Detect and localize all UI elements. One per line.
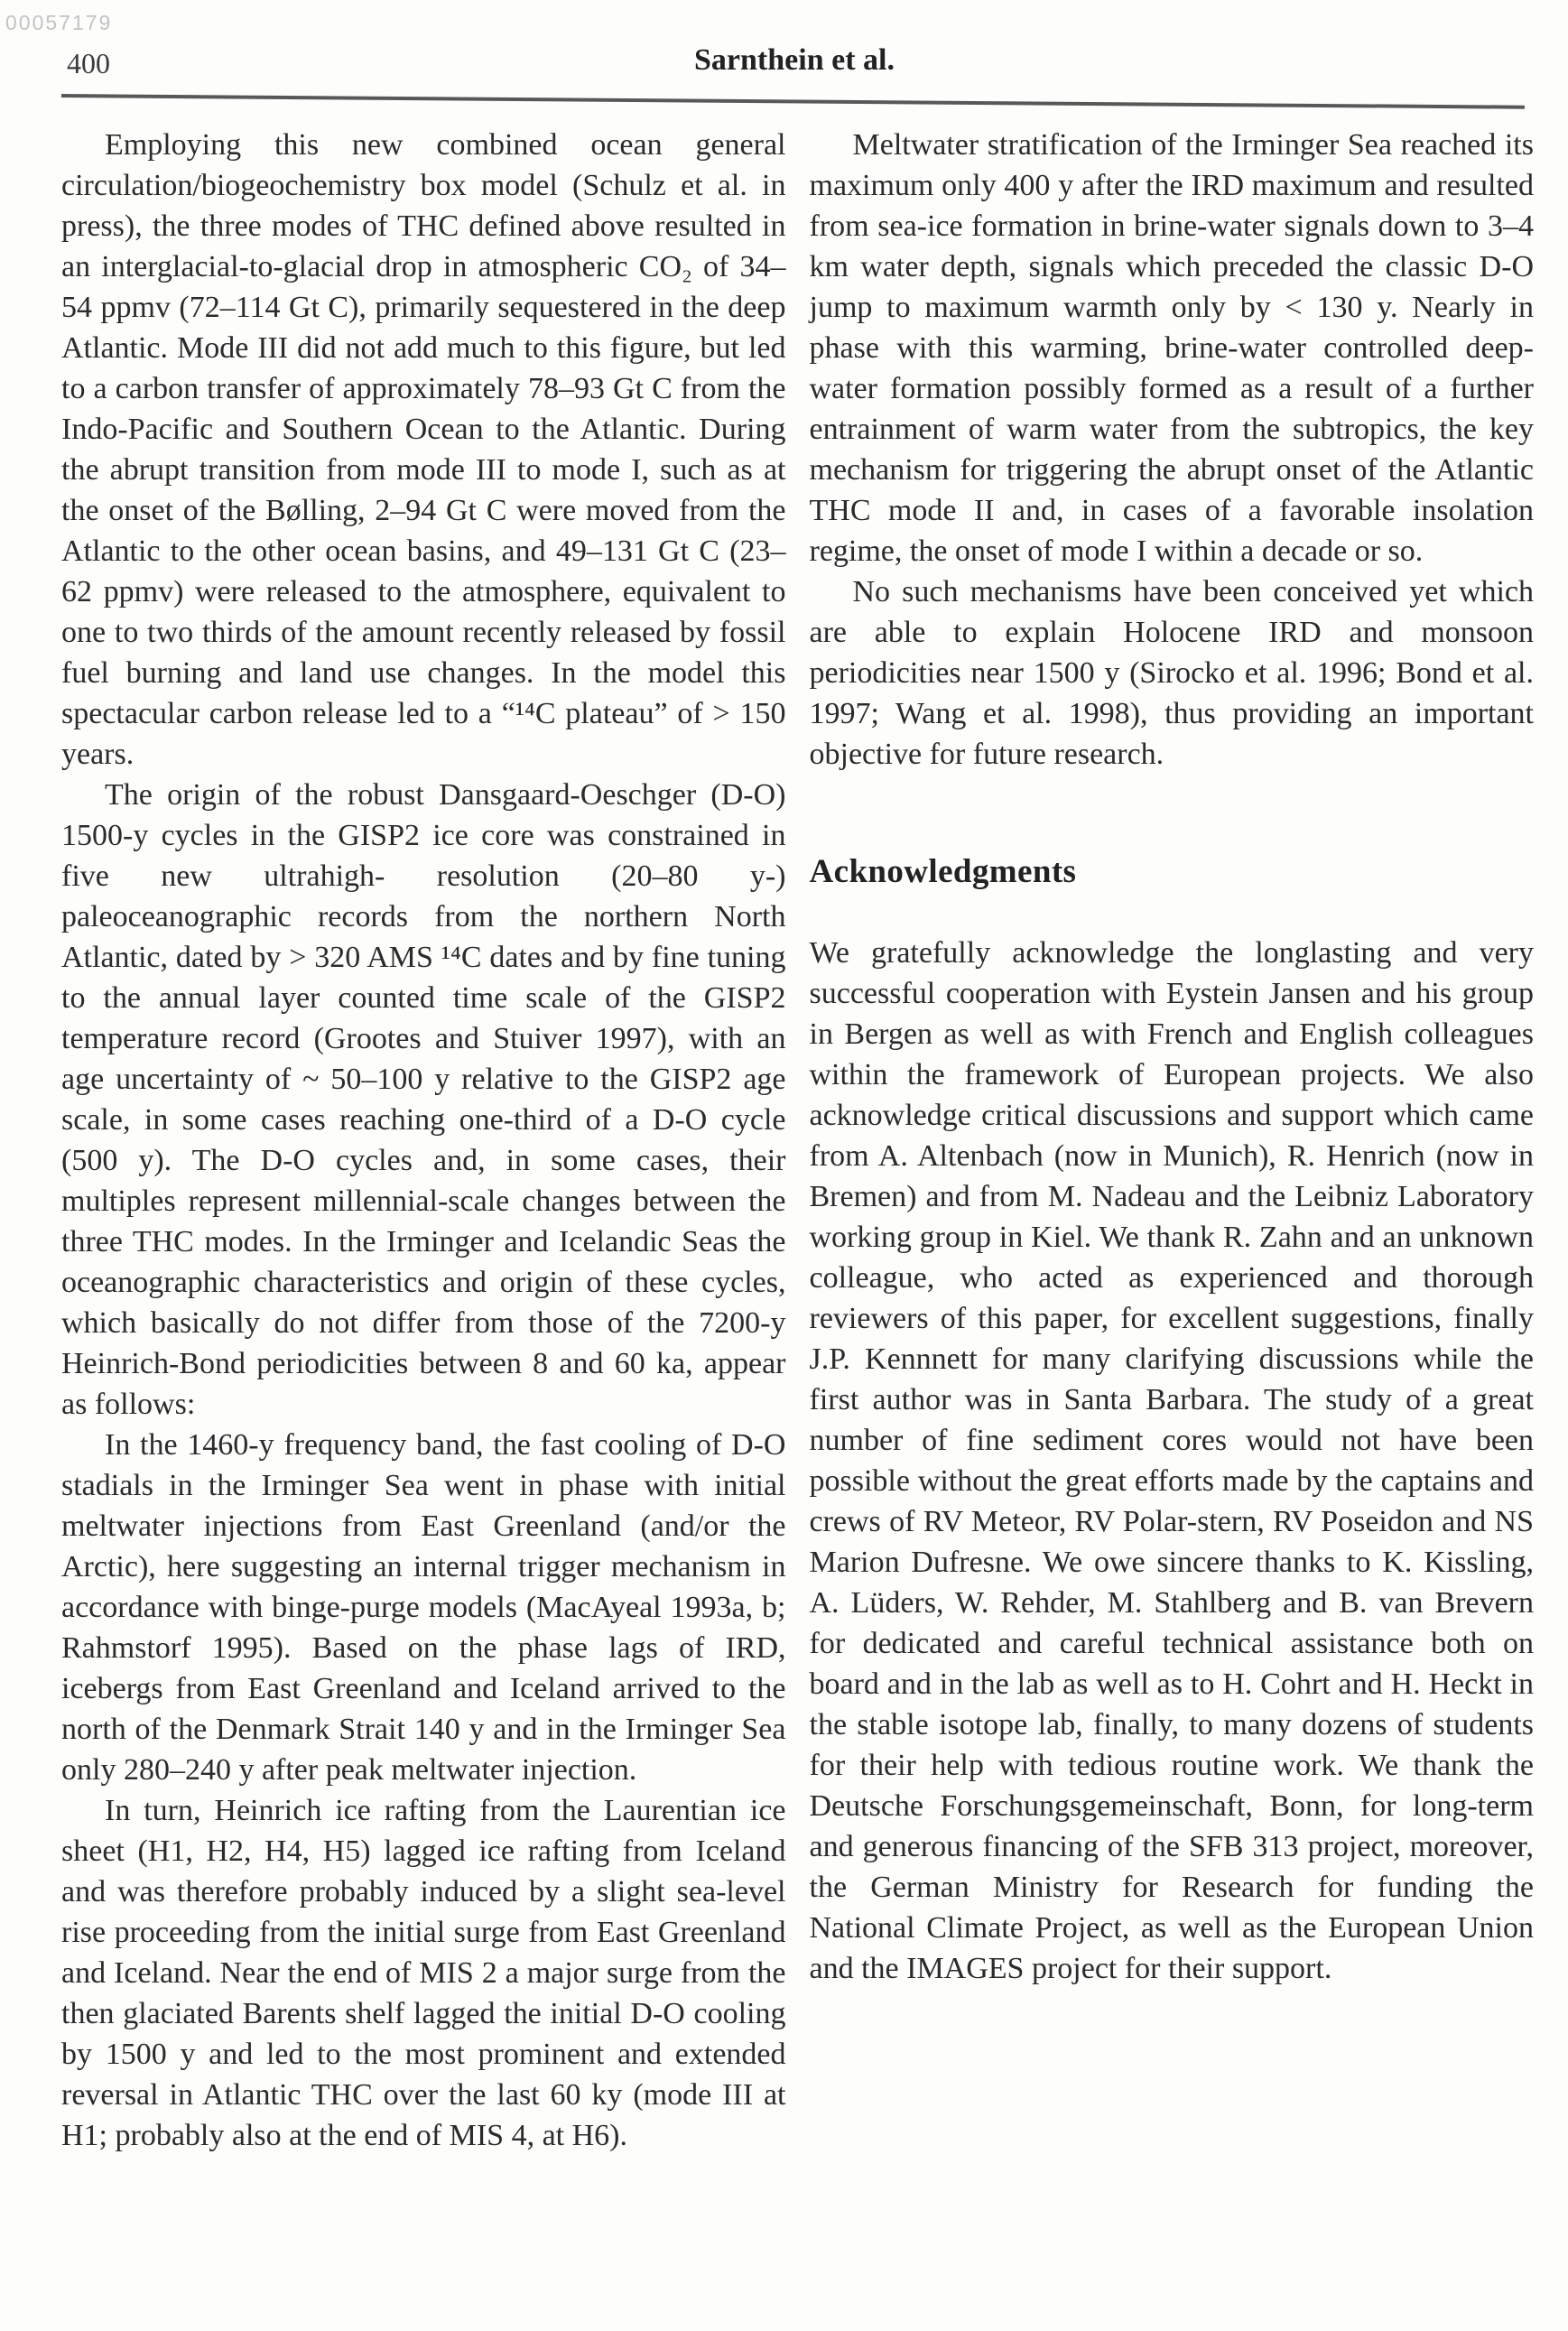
header-rule — [61, 94, 1525, 109]
page-number: 400 — [67, 47, 110, 80]
paragraph-do-cycles: The origin of the robust Dansgaard-Oesch… — [61, 775, 786, 1425]
paragraph-acknowledgments: We gratefully acknowledge the longlastin… — [810, 933, 1535, 1989]
scan-watermark: 00057179 — [5, 11, 112, 35]
right-column: Meltwater stratification of the Irminger… — [810, 125, 1535, 2331]
paragraph-no-such-mechanisms: No such mechanisms have been conceived y… — [810, 571, 1535, 775]
paragraph-frequency-band: In the 1460-y frequency band, the fast c… — [61, 1425, 786, 1790]
left-column: Employing this new combined ocean genera… — [61, 125, 786, 2331]
acknowledgments-heading: Acknowledgments — [810, 852, 1535, 891]
paragraph-meltwater-stratification: Meltwater stratification of the Irminger… — [810, 125, 1535, 571]
paragraph-heinrich-rafting: In turn, Heinrich ice rafting from the L… — [61, 1790, 786, 2156]
page-header: 400 Sarnthein et al. — [61, 43, 1527, 83]
paragraph-carbon-model: Employing this new combined ocean genera… — [61, 125, 786, 775]
running-head: Sarnthein et al. — [61, 43, 1527, 78]
two-column-body: Employing this new combined ocean genera… — [61, 125, 1534, 2331]
scanned-paper-page: 00057179 400 Sarnthein et al. Employing … — [0, 0, 1568, 2331]
